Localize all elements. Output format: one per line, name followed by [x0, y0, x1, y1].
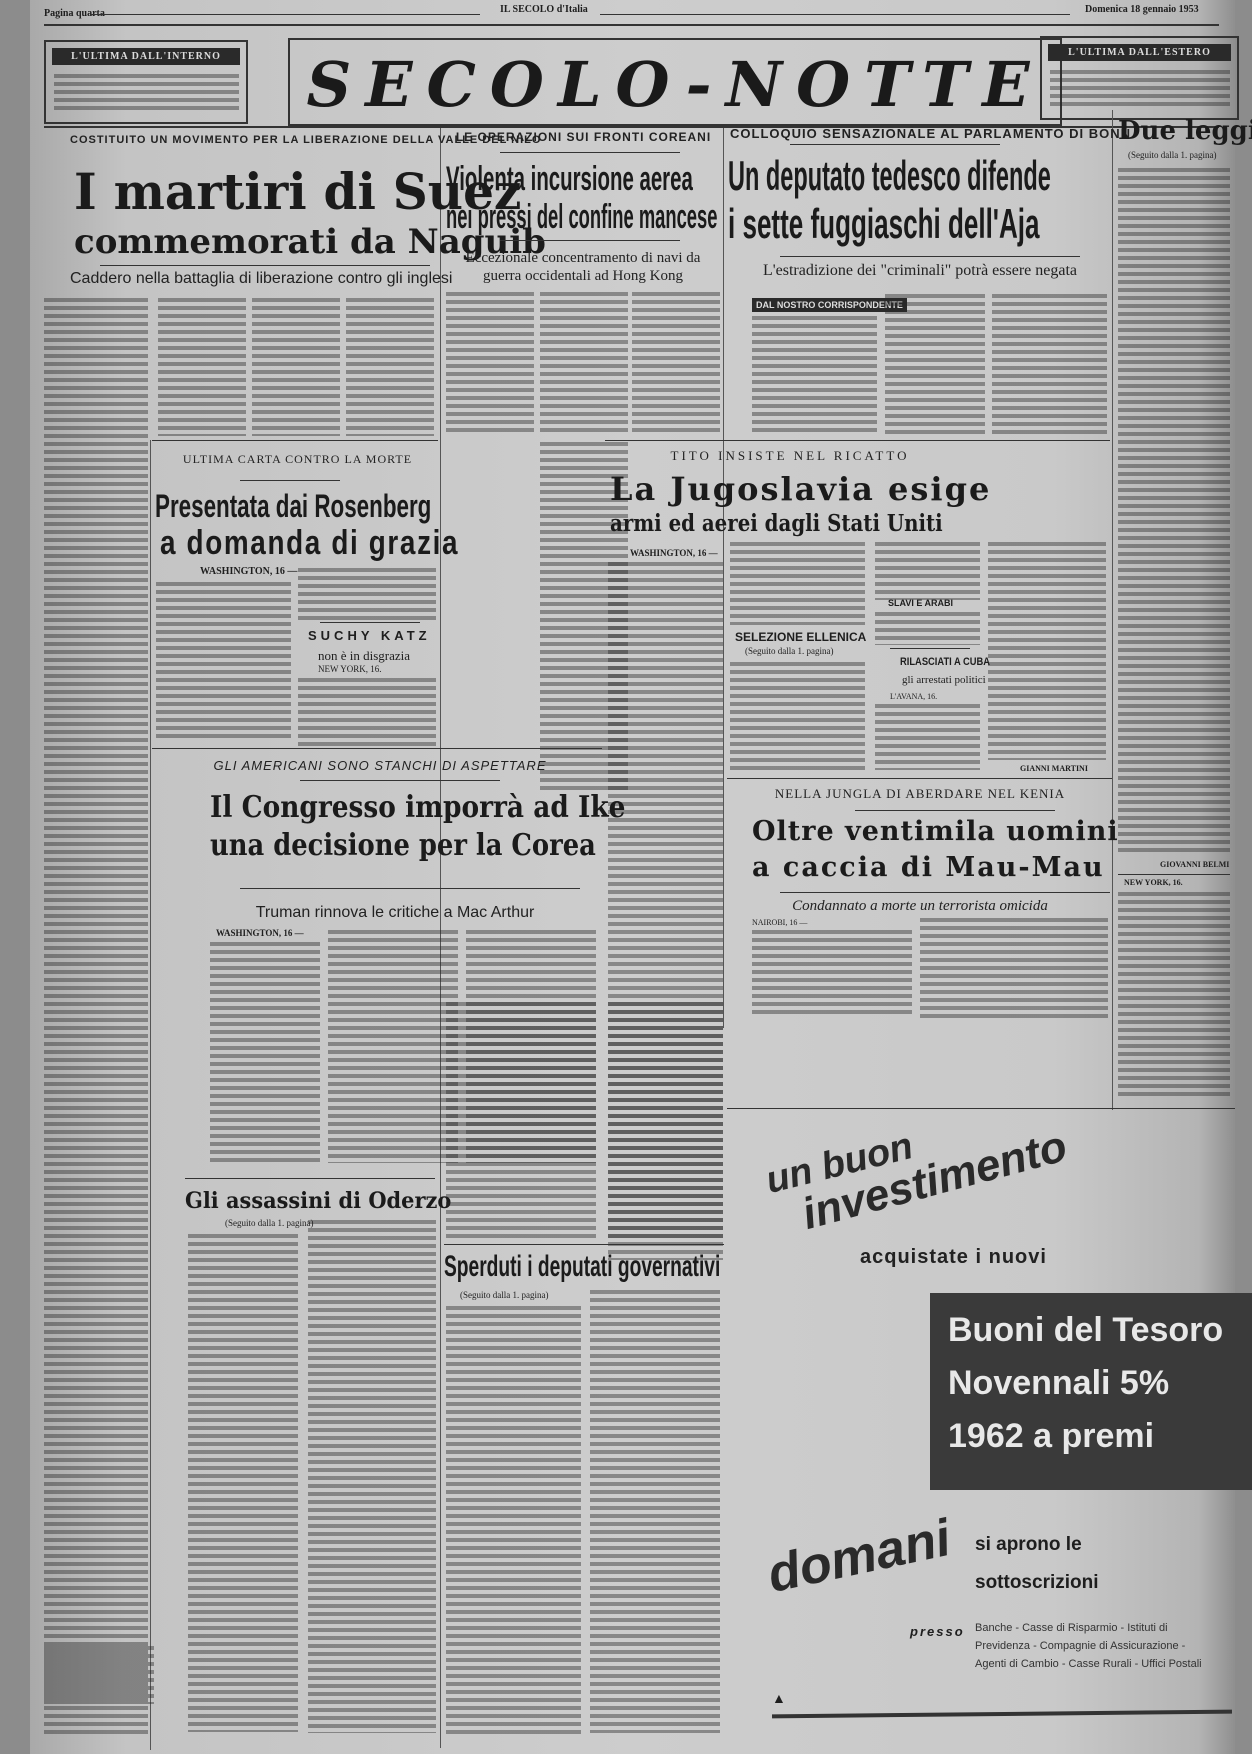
congresso-headline-2: una decisione per la Corea	[210, 828, 596, 863]
ad-logo-icon: ▲	[772, 1692, 786, 1708]
rilasciati-cuba-subtitle: gli arrestati politici	[902, 674, 986, 686]
ad-places-1: Banche - Casse di Risparmio - Istituti d…	[975, 1622, 1168, 1634]
bonn-body-col-3	[992, 292, 1107, 437]
paper-name: IL SECOLO d'Italia	[500, 4, 588, 15]
suchy-katz-subtitle: non è in disgrazia	[318, 648, 410, 664]
ultima-estero-box: L'ULTIMA DALL'ESTERO	[1040, 36, 1239, 120]
ultima-interno-box: L'ULTIMA DALL'INTERNO	[44, 40, 248, 124]
jugoslavia-body-col-2	[730, 540, 865, 625]
newyork-dateline: NEW YORK, 16.	[1124, 878, 1183, 887]
suez-body-col-4	[346, 296, 434, 436]
ad-presso: presso	[910, 1624, 965, 1639]
rosenberg-dateline: WASHINGTON, 16 —	[200, 566, 297, 577]
ad-open-line-2: sottoscrizioni	[975, 1572, 1099, 1594]
jugoslavia-headline-1: La Jugoslavia esige	[610, 470, 991, 508]
ultima-estero-text	[1050, 68, 1230, 108]
issue-date: Domenica 18 gennaio 1953	[1085, 4, 1199, 15]
congresso-body-col-2	[328, 928, 458, 1163]
jugoslavia-body-col-3	[875, 540, 980, 600]
jugoslavia-dateline: WASHINGTON, 16 —	[630, 548, 718, 558]
selezione-ellenica-body	[730, 660, 865, 770]
maumau-headline-1: Oltre ventimila uomini	[752, 816, 1119, 847]
ad-bond-line-3: 1962 a premi	[948, 1417, 1252, 1456]
suez-body-col-3	[252, 296, 340, 436]
slavi-arabi-title: SLAVI E ARABI	[888, 598, 953, 608]
bonn-subhead: L'estradizione dei "criminali" potrà ess…	[730, 262, 1110, 280]
masthead-title: SECOLO-NOTTE	[290, 48, 1060, 121]
bonn-body-col-1	[752, 314, 877, 434]
rosenberg-body-col-2	[298, 566, 436, 621]
right-briefs	[1118, 890, 1230, 1100]
due-leggi-signature: GIOVANNI BELMI	[1160, 860, 1229, 869]
masthead: SECOLO-NOTTE	[288, 38, 1062, 126]
maumau-body-col-1	[752, 928, 912, 1018]
rosenberg-body-col-1	[156, 580, 291, 740]
congresso-subhead: Truman rinnova le critiche a Mac Arthur	[185, 904, 605, 922]
newspaper-page: Pagina quarta IL SECOLO d'Italia Domenic…	[30, 0, 1235, 1754]
rilasciati-cuba-dateline: L'AVANA, 16.	[890, 692, 937, 701]
due-leggi-headline: Due leggi	[1118, 116, 1252, 146]
selezione-ellenica-subtitle: (Seguito dalla 1. pagina)	[745, 646, 833, 656]
congresso-continuation	[446, 1000, 596, 1240]
oderzo-body-col-2	[308, 1218, 436, 1733]
ultima-interno-label: L'ULTIMA DALL'INTERNO	[52, 48, 240, 65]
suez-kicker: COSTITUITO UN MOVIMENTO PER LA LIBERAZIO…	[70, 134, 430, 146]
ad-places-3: Agenti di Cambio - Casse Rurali - Uffici…	[975, 1658, 1202, 1670]
maumau-headline-2: a caccia di Mau-Mau	[752, 852, 1105, 883]
ad-domani: domani	[763, 1508, 956, 1605]
suez-subhead: Caddero nella battaglia di liberazione c…	[70, 270, 440, 288]
corea-body-col-1	[446, 290, 534, 435]
deputati-body-col-2	[590, 1288, 720, 1733]
ad-places-2: Previdenza - Compagnie di Assicurazione …	[975, 1640, 1185, 1652]
ad-bond-line-2: Novennali 5%	[948, 1364, 1252, 1403]
ad-open-line-1: si aprono le	[975, 1534, 1082, 1556]
suez-body-col-1	[44, 296, 148, 1736]
slavi-arabi-body	[875, 610, 980, 645]
maumau-body-col-2	[920, 916, 1108, 1018]
oderzo-body-col-1	[188, 1232, 298, 1732]
corea-body-col-2	[540, 290, 628, 435]
jugoslavia-body-col-4	[988, 540, 1106, 760]
oderzo-headline: Gli assassini di Oderzo	[185, 1188, 451, 1214]
corea-subhead-2: guerra occidentali ad Hong Kong	[444, 268, 722, 285]
rilasciati-cuba-title: RILASCIATI A CUBA	[900, 656, 990, 668]
corea-subhead-1: Eccezionale concentramento di navi da	[444, 250, 722, 267]
jugoslavia-headline-2: armi ed aerei dagli Stati Uniti	[610, 510, 943, 537]
deputati-subhead: (Seguito dalla 1. pagina)	[460, 1290, 548, 1300]
due-leggi-subhead: (Seguito dalla 1. pagina)	[1128, 150, 1216, 160]
suez-body-col-2	[158, 296, 246, 436]
bonn-headline-2: i sette fuggiaschi dell'Aja	[728, 200, 1040, 248]
rosenberg-headline-1: Presentata dai Rosenberg	[155, 488, 431, 525]
ad-script-line-2: investimento	[797, 1121, 1072, 1240]
congresso-body-col-1	[210, 940, 320, 1165]
maumau-subhead: Condannato a morte un terrorista omicida	[730, 898, 1110, 915]
rosenberg-kicker: ULTIMA CARTA CONTRO LA MORTE	[155, 452, 440, 467]
deputati-body-col-1	[446, 1304, 581, 1734]
corea-headline-2: nei pressi del confine mancese	[446, 198, 717, 237]
corea-headline-1: Violenta incursione aerea	[446, 160, 693, 199]
jugoslavia-continuation	[608, 1000, 723, 1240]
due-leggi-body	[1118, 166, 1230, 856]
congresso-headline-1: Il Congresso imporrà ad Ike	[210, 790, 625, 825]
ultima-estero-label: L'ULTIMA DALL'ESTERO	[1048, 44, 1231, 61]
jugoslavia-signature: GIANNI MARTINI	[1020, 764, 1088, 773]
maumau-kicker: NELLA JUNGLA DI ABERDARE NEL KENIA	[730, 786, 1110, 802]
ad-lead: acquistate i nuovi	[860, 1246, 1047, 1269]
suchy-katz-title: SUCHY KATZ	[308, 628, 431, 643]
ad-bond-line-1: Buoni del Tesoro	[948, 1311, 1252, 1350]
bonn-kicker: COLLOQUIO SENSAZIONALE AL PARLAMENTO DI …	[730, 126, 1110, 141]
maumau-dateline: NAIROBI, 16 —	[752, 918, 807, 927]
bottom-body	[44, 1644, 154, 1704]
rosenberg-headline-2: a domanda di grazia	[160, 524, 459, 563]
selezione-ellenica-title: SELEZIONE ELLENICA	[735, 630, 866, 644]
bonn-byline-tag: DAL NOSTRO CORRISPONDENTE	[752, 298, 907, 312]
congresso-dateline: WASHINGTON, 16 —	[216, 928, 304, 938]
deputati-headline: Sperduti i deputati governativi	[444, 1250, 720, 1284]
corea-kicker: LE OPERAZIONI SUI FRONTI COREANI	[446, 130, 721, 144]
corea-body-col-3	[632, 290, 720, 435]
bonn-body-col-2	[885, 292, 985, 437]
rilasciati-cuba-body	[875, 702, 980, 770]
jugoslavia-kicker: TITO INSISTE NEL RICATTO	[605, 448, 975, 464]
suchy-katz-dateline: NEW YORK, 16.	[318, 664, 382, 674]
ultima-interno-text	[54, 72, 239, 112]
congresso-kicker: GLI AMERICANI SONO STANCHI DI ASPETTARE	[155, 758, 605, 773]
ad-bond-box: Buoni del Tesoro Novennali 5% 1962 a pre…	[930, 1293, 1252, 1490]
bonn-headline-1: Un deputato tedesco difende	[728, 152, 1051, 200]
oderzo-subhead: (Seguito dalla 1. pagina)	[225, 1218, 313, 1228]
suchy-katz-body	[298, 676, 436, 746]
